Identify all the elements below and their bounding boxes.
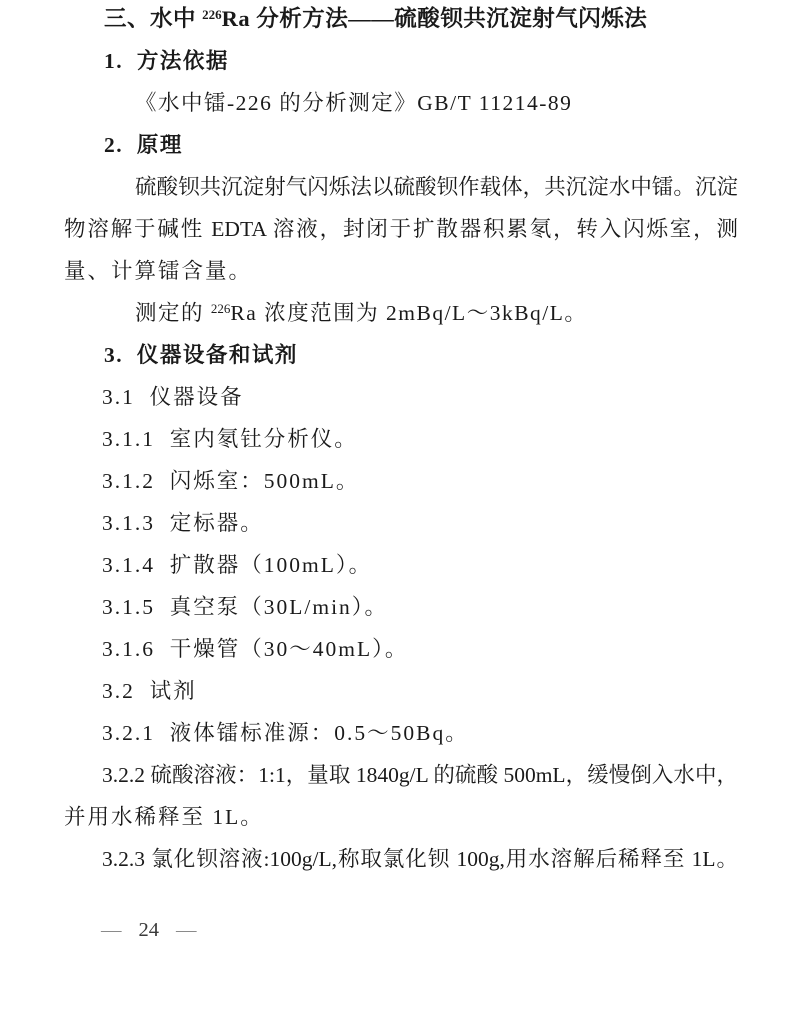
document-line: 1. 方法依据 — [0, 40, 800, 82]
document-line: 3.1.4 扩散器（100mL）。 — [0, 544, 800, 586]
document-body: 三、水中 226Ra 分析方法——硫酸钡共沉淀射气闪烁法1. 方法依据《水中镭-… — [0, 0, 800, 880]
document-line: 3.1.5 真空泵（30L/min）。 — [0, 586, 800, 628]
page-number: 24 — [139, 919, 160, 942]
document-line: 物溶解于碱性 EDTA 溶液，封闭于扩散器积累氡，转入闪烁室，测 — [0, 208, 800, 250]
document-line: 3.2 试剂 — [0, 670, 800, 712]
document-line: 硫酸钡共沉淀射气闪烁法以硫酸钡作载体，共沉淀水中镭。沉淀 — [0, 166, 800, 208]
footer-dash-right: — — [176, 919, 197, 942]
document-line: 3.2.3 氯化钡溶液:100g/L,称取氯化钡 100g,用水溶解后稀释至 1… — [0, 838, 800, 880]
document-line: 2. 原理 — [0, 124, 800, 166]
document-line: 3.1 仪器设备 — [0, 376, 800, 418]
document-line: 3.1.2 闪烁室：500mL。 — [0, 460, 800, 502]
document-line: 测定的 226Ra 浓度范围为 2mBq/L～3kBq/L。 — [0, 292, 800, 334]
document-line: 并用水稀释至 1L。 — [0, 796, 800, 838]
page-footer: — 24 — — [101, 919, 197, 942]
document-line: 3.1.1 室内氡钍分析仪。 — [0, 418, 800, 460]
footer-dash-left: — — [101, 919, 122, 942]
document-line: 3.2.1 液体镭标准源：0.5～50Bq。 — [0, 712, 800, 754]
document-line: 3.2.2 硫酸溶液：1:1，量取 1840g/L 的硫酸 500mL，缓慢倒入… — [0, 754, 800, 796]
document-line: 《水中镭-226 的分析测定》GB/T 11214-89 — [0, 82, 800, 124]
document-page: 三、水中 226Ra 分析方法——硫酸钡共沉淀射气闪烁法1. 方法依据《水中镭-… — [0, 0, 800, 1013]
document-line: 量、计算镭含量。 — [0, 250, 800, 292]
isotope-mass-superscript: 226 — [211, 301, 231, 316]
document-line: 3. 仪器设备和试剂 — [0, 334, 800, 376]
document-line: 三、水中 226Ra 分析方法——硫酸钡共沉淀射气闪烁法 — [0, 0, 800, 40]
isotope-mass-superscript: 226 — [202, 7, 222, 22]
document-line: 3.1.3 定标器。 — [0, 502, 800, 544]
document-line: 3.1.6 干燥管（30～40mL）。 — [0, 628, 800, 670]
